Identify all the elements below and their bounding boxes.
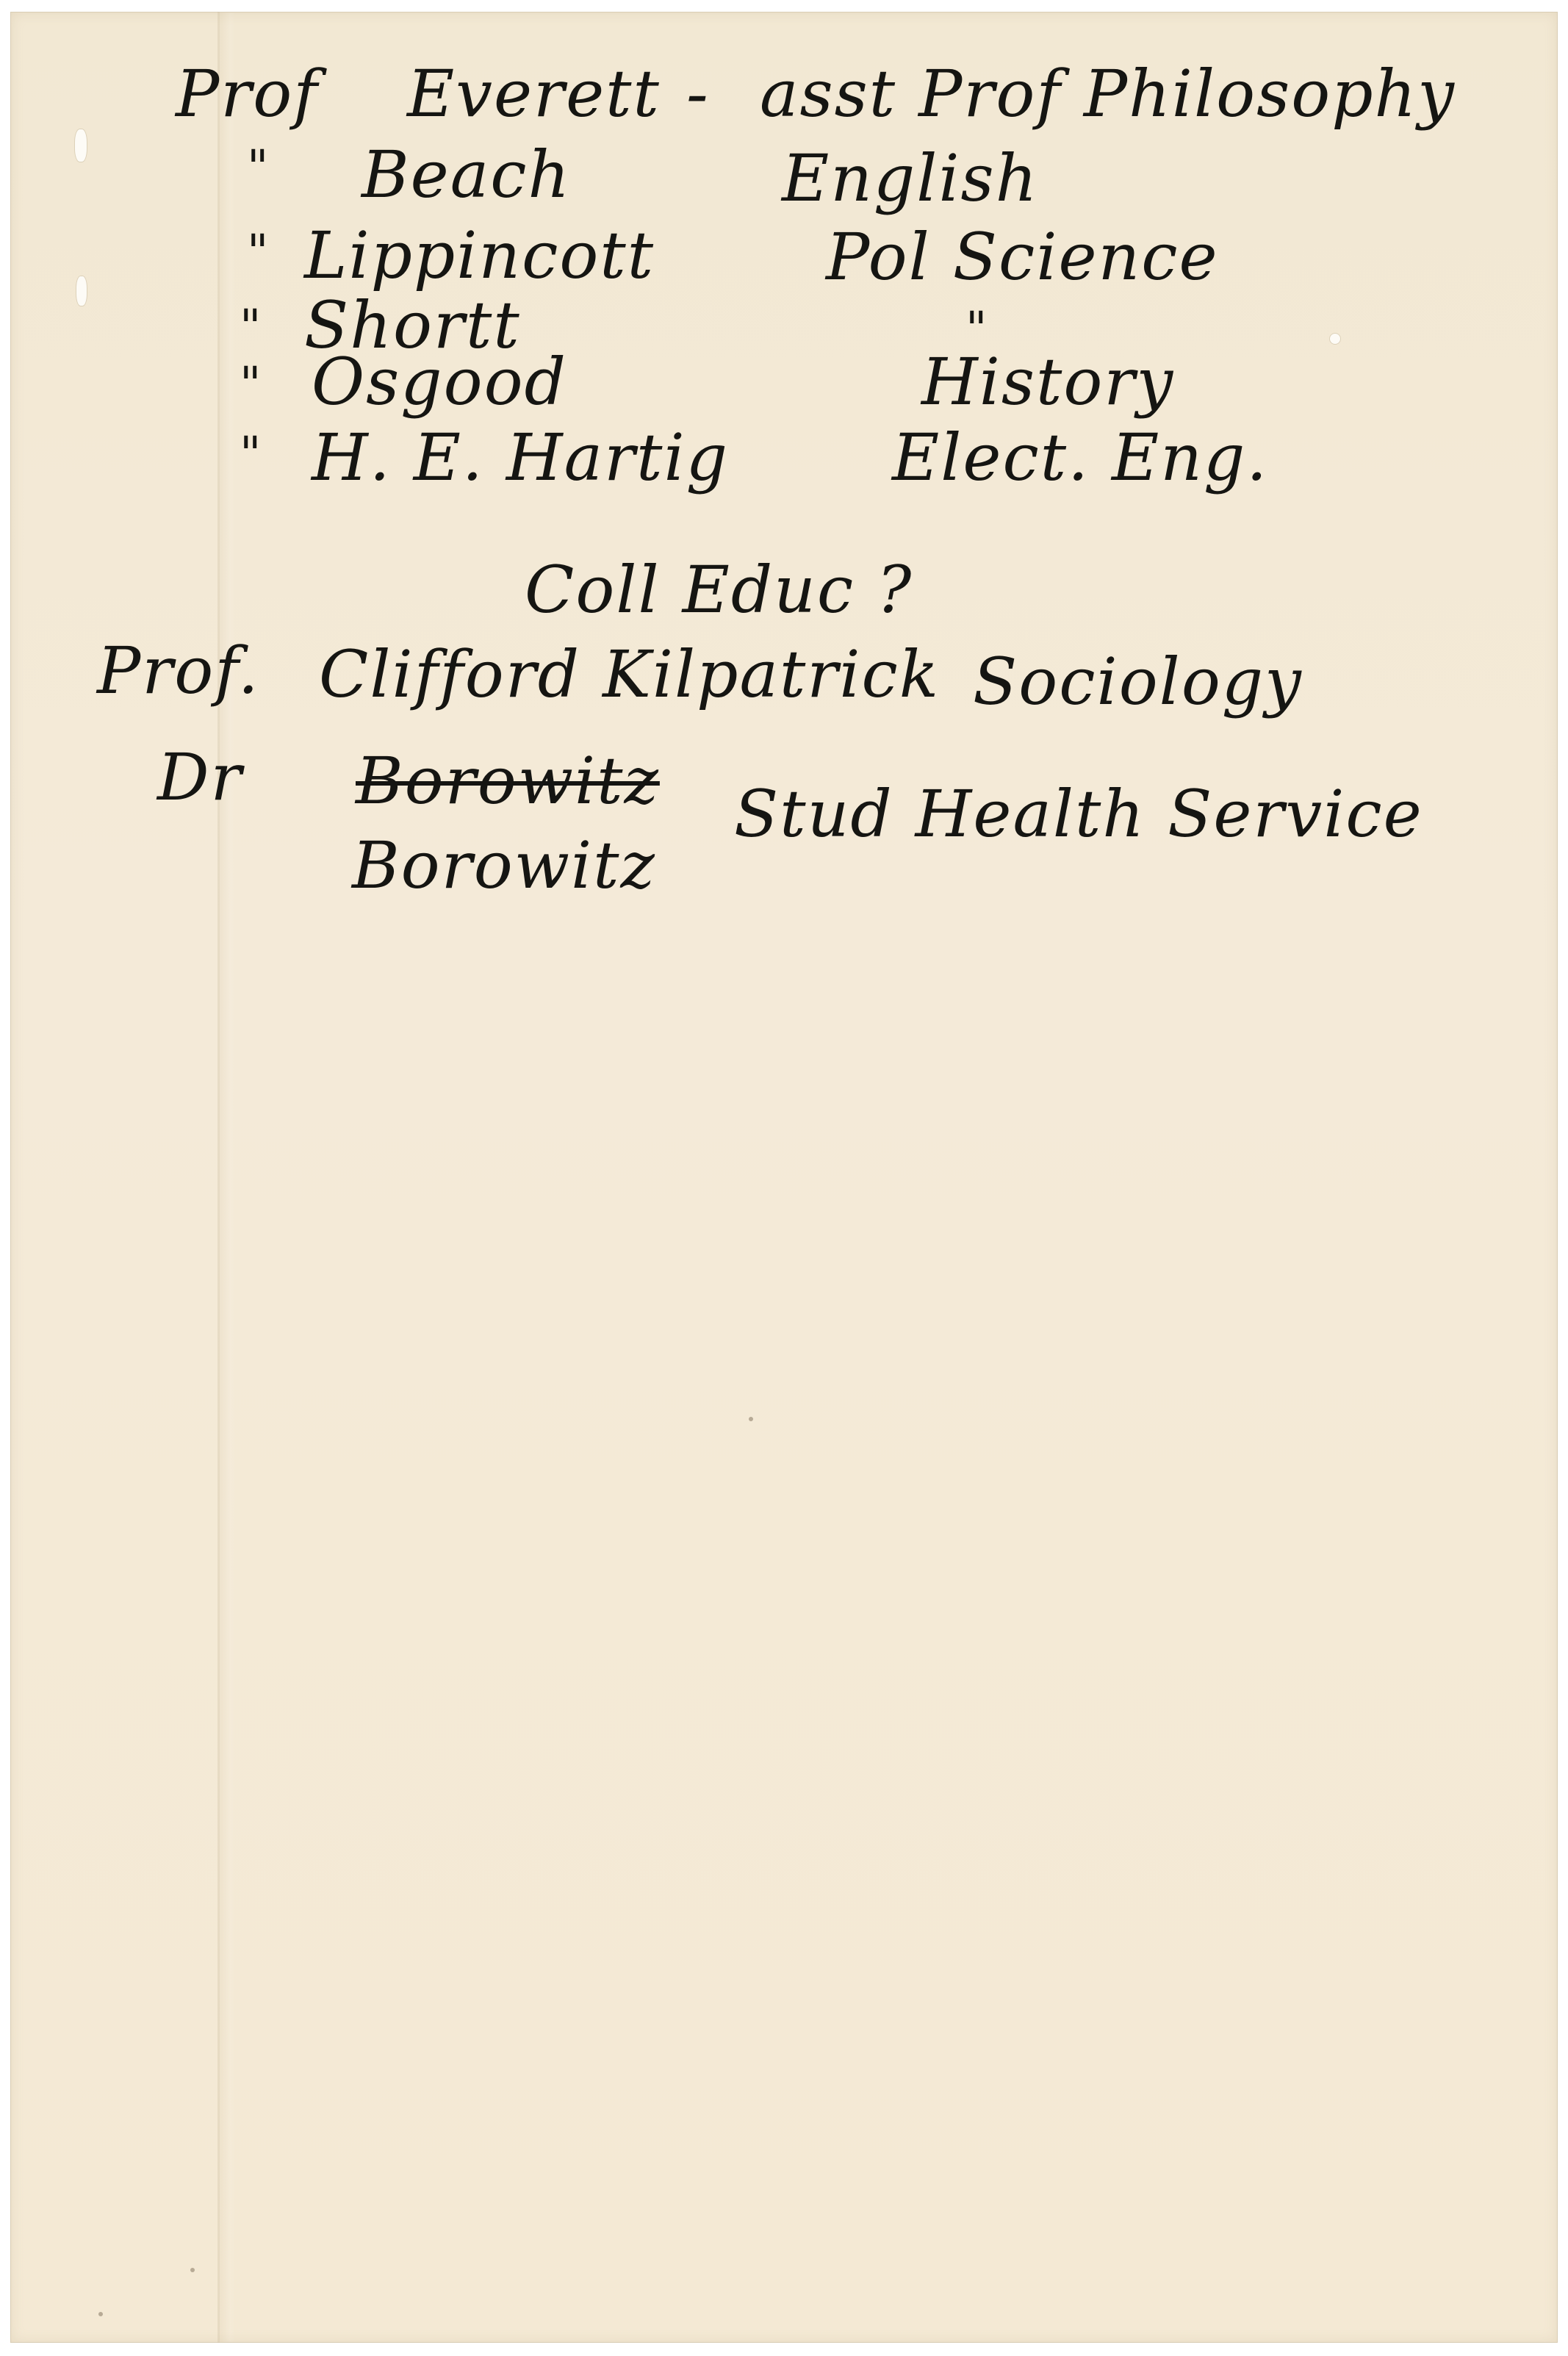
entry-1-prefix: Prof. (97, 633, 260, 708)
punch-mark-left-top (75, 129, 87, 162)
line-6-ditto: " (240, 427, 262, 481)
line-5-department: History (921, 344, 1174, 420)
line-6-department: Elect. Eng. (892, 420, 1268, 495)
entry-2-name-struck: Borowitz (356, 743, 660, 819)
punch-mark-right (1330, 334, 1340, 344)
line-5-ditto: " (240, 357, 262, 412)
line-3-department: Pol Science (826, 219, 1219, 295)
paper-sheet: Prof Everett - asst Prof Philosophy " Be… (10, 12, 1558, 2343)
paper-speck (190, 2268, 195, 2272)
entry-1-department: Sociology (973, 644, 1303, 719)
line-6-name: H. E. Hartig (312, 420, 729, 495)
line-1-department: asst Prof Philosophy (760, 56, 1456, 132)
entry-2-name-corrected: Borowitz (352, 827, 656, 903)
line-2-ditto: " (247, 140, 270, 195)
paper-crease (217, 12, 220, 2343)
line-2-department: English (782, 140, 1038, 216)
paper-speck (749, 1417, 753, 1421)
paper-speck (98, 2312, 103, 2316)
punch-mark-left-bottom (76, 276, 87, 306)
line-4-ditto: " (240, 300, 262, 354)
entry-1-name: Clifford Kilpatrick (319, 636, 940, 712)
entry-2-department: Stud Health Service (734, 776, 1423, 852)
line-1-separator: - (686, 56, 710, 132)
line-3-name: Lippincott (304, 218, 655, 293)
line-1-prefix: Prof (176, 56, 319, 132)
line-3-ditto: " (247, 225, 270, 279)
section-heading: Coll Educ ? (525, 552, 913, 628)
line-5-name: Osgood (312, 344, 567, 420)
line-2-name: Beach (362, 137, 571, 212)
line-1-name: Everett (407, 56, 661, 132)
entry-2-prefix: Dr (157, 739, 243, 815)
